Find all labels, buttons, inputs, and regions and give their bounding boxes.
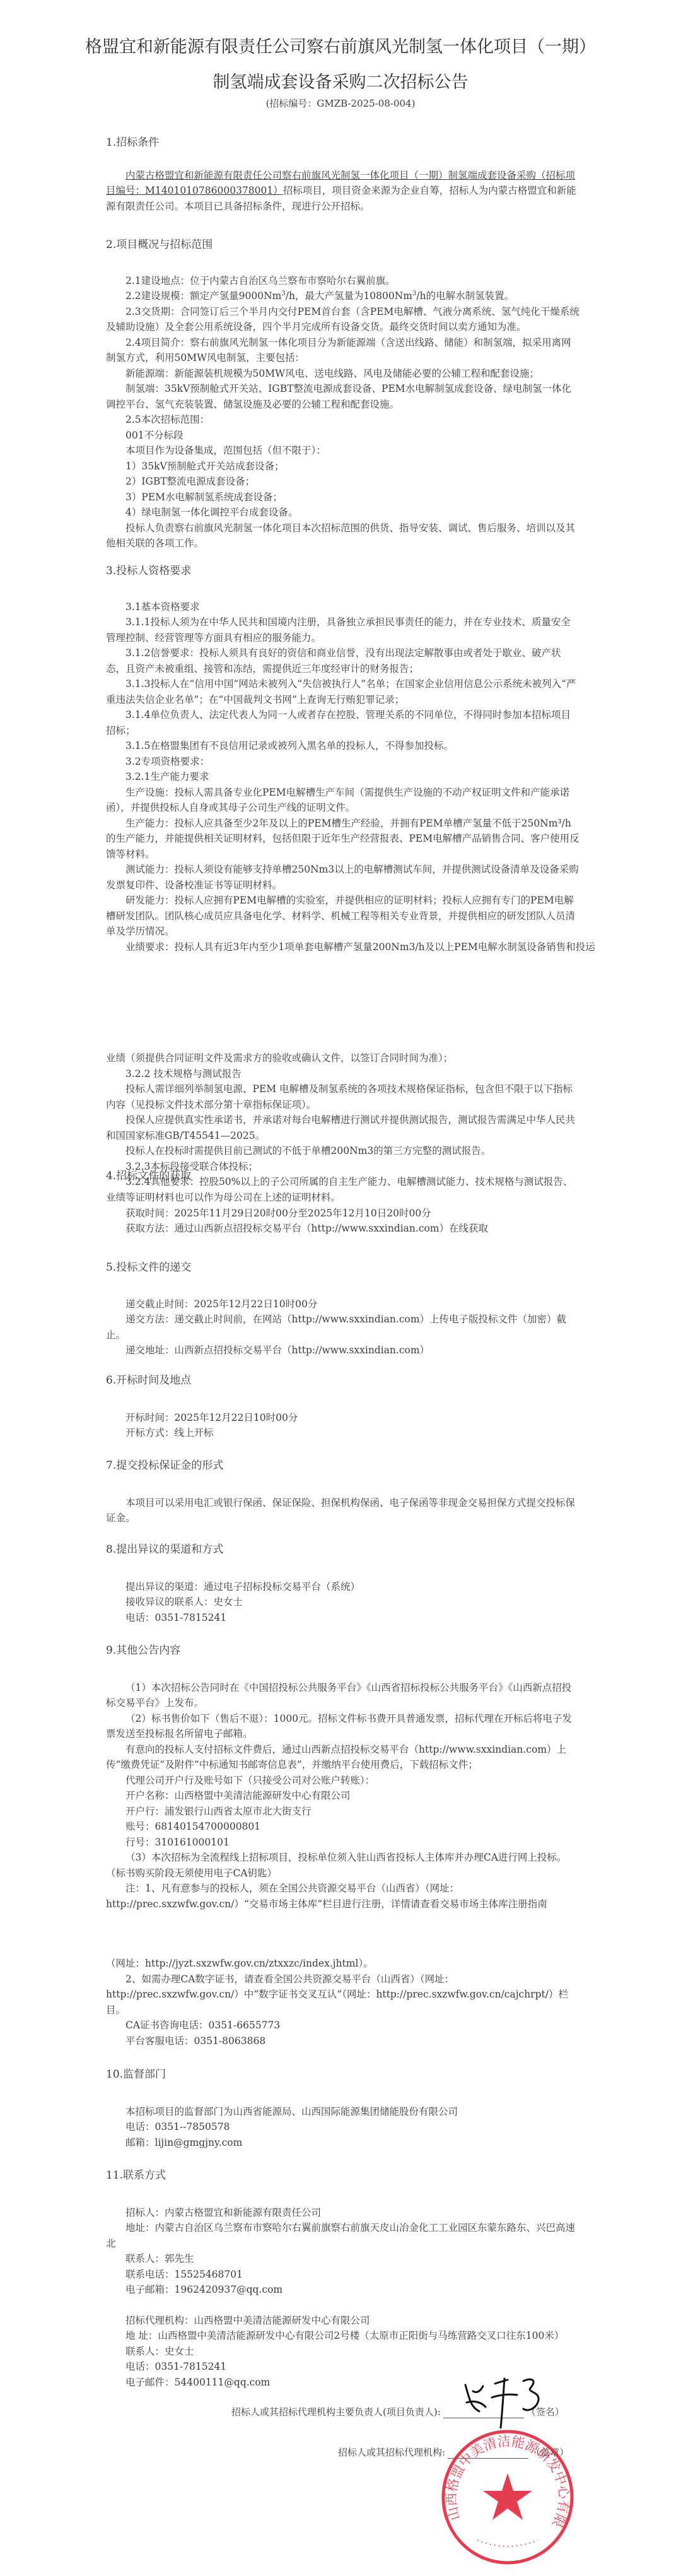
section-4: 4.招标文件的获取 获取时间：2025年11月29日20时00分至2025年12… <box>106 1168 580 1237</box>
section-1-heading: 1.招标条件 <box>106 135 580 151</box>
basic-requirements: 3.1基本资格要求 <box>106 599 580 615</box>
account-intro: 代理公司开户行及账号如下（只接受公司对公账户转账）： <box>106 1773 580 1789</box>
objection-phone: 电话：0351-7815241 <box>106 1610 580 1626</box>
opening-time: 开标时间：2025年12月22日10时00分 <box>106 1410 580 1426</box>
tenderer-email: 电子邮箱：1962420937@qq.com <box>106 2282 580 2298</box>
submission-method: 递交方法：递交截止时间前，在网站（http://www.sxxindian.co… <box>106 1312 580 1343</box>
submission-address: 递交地址：山西新点招投标交易平台（http://www.sxxindian.co… <box>106 1343 580 1358</box>
section-7: 7.提交投标保证金的形式 本项目可以采用电汇或银行保函、保证保险、担保机构保函、… <box>106 1458 580 1526</box>
section-4-heading: 4.招标文件的获取 <box>106 1168 580 1184</box>
handwritten-signature-icon <box>460 2372 549 2429</box>
submission-deadline: 递交截止时间：2025年12月22日10时00分 <box>106 1297 580 1312</box>
project-intro: 2.4项目简介：察右前旗风光制氢一体化项目分为新能源端（含送出线路、储能）和制氢… <box>106 335 580 366</box>
agency-name: 招标代理机构：山西格盟中美清洁能源研发中心有限公司 <box>106 2313 580 2329</box>
opening-method: 开标方式：线上开标 <box>106 1425 580 1441</box>
section-5-heading: 5.投标文件的递交 <box>106 1260 580 1276</box>
section-11: 11.联系方式 招标人：内蒙古格盟宜和新能源有限责任公司 地址：内蒙古自治区乌兰… <box>106 2168 580 2390</box>
section-8-heading: 8.提出异议的渠道和方式 <box>106 1542 580 1558</box>
requirement-3-1-5: 3.1.5在格盟集团有不良信用记录或被列入黑名单的投标人，不得参加投标。 <box>106 738 580 754</box>
production-capacity-heading: 3.2.1生产能力要求 <box>106 769 580 785</box>
tech-spec-c: 投标人在投标时需提供目前已测试的不低于单槽200Nm3的第三方完整的测试报告。 <box>106 1143 580 1159</box>
svg-text:山西格盟中美清洁能源研发中心有限公司: 山西格盟中美清洁能源研发中心有限公司 <box>438 2428 572 2529</box>
tenderer-phone: 联系电话：15525468701 <box>106 2267 580 2283</box>
agency-address: 地 址：山西格盟中美清洁能源研发中心有限公司2号楼（太原市正阳街与马练营路交叉口… <box>106 2328 580 2344</box>
publication-platforms: （1）本次招标公告同时在《中国招投标公共服务平台》《山西省招标投标公共服务平台》… <box>106 1680 580 1711</box>
test-capacity: 测试能力：投标人须设有能够支持单槽250Nm3以上的电解槽测试车间，并提供测试设… <box>106 862 580 893</box>
scope-item: 1）35kV预制舱式开关站成套设备； <box>106 459 580 474</box>
section-3-heading: 3.投标人资格要求 <box>106 563 580 579</box>
tech-spec-b: 投保人应提供真实性承诺书，并承诺对每台电解槽进行测试并提供测试报告，测试报告需满… <box>106 1112 580 1143</box>
production-facility: 生产设施：投标人需具备专业化PEM电解槽生产车间（需提供生产设施的不动产权证明文… <box>106 785 580 816</box>
new-energy-side: 新能源端：新能源装机规模为50MW风电、送电线路、风电及储能必要的公辅工程和配套… <box>106 366 580 382</box>
performance-requirement: 业绩要求：投标人具有近3年内至少1项单套电解槽产氢量200Nm3/h及以上PEM… <box>106 939 580 955</box>
requirement-3-1-2: 3.1.2信誉要求：投标人须具有良好的资信和商业信誉，没有出现法定解散事由或者处… <box>106 645 580 676</box>
construction-scale: 2.2建设规模：额定产氢量9000Nm3/h，最大产氢量为10800Nm3/h的… <box>106 288 580 304</box>
supervision-phone: 电话：0351--7850578 <box>106 2119 580 2135</box>
objection-channel: 提出异议的渠道：通过电子招标投标交易平台（系统） <box>106 1579 580 1595</box>
service-phone: 平台客服电话：0351-8063868 <box>106 2033 580 2049</box>
ca-phone: CA证书咨询电话：0351-6655773 <box>106 2018 580 2033</box>
lot-info: 001不分标段 <box>106 428 580 444</box>
requirement-3-1-1: 3.1.1投标人须为在中华人民共和国境内注册，具备独立承担民事责任的能力，并在专… <box>106 615 580 645</box>
bidder-responsibility: 投标人负责察右前旗风光制氢一体化项目本次招标范围的供货、指导安装、调试、售后服务… <box>106 520 580 551</box>
hydrogen-side: 制氢端：35kV预制舱式开关站、IGBT整流电源成套设备、PEM水电解制氢成套设… <box>106 381 580 412</box>
online-bidding-note: （3）本次招标为全流程线上招标项目，投标单位须入驻山西省投标人主体库并办理CA进… <box>106 1850 580 1881</box>
construction-site: 2.1建设地点：位于内蒙古自治区乌兰察布市察哈尔右翼前旗。 <box>106 273 580 289</box>
section-9-continued: （网址：http://jyzt.sxzwfw.gov.cn/ztxxzc/ind… <box>106 1956 580 2049</box>
download-instructions: 有意向的投标人支付招标文件费后，通过山西新点招投标交易平台（http://www… <box>106 1742 580 1773</box>
tech-spec-heading: 3.2.2 技术规格与测试报告 <box>106 1066 580 1082</box>
section-9: 9.其他公告内容 （1）本次招标公告同时在《中国招投标公共服务平台》《山西省招标… <box>106 1643 580 1912</box>
notice-title-line1: 格盟宜和新能源有限责任公司察右前旗风光制氢一体化项目（一期） <box>0 33 681 57</box>
supervision-dept: 本招标项目的监督部门为山西省能源局、山西国际能源集团储能股份有限公司 <box>106 2104 580 2120</box>
performance-requirement-cont: 业绩（须提供合同证明文件及需求方的验收或确认文件，以签订合同时间为准）； <box>106 1050 580 1066</box>
bank-number: 行号：310161000101 <box>106 1835 580 1850</box>
requirement-3-1-3: 3.1.3投标人在“信用中国”网站未被列入“失信被执行人”名单；在国家企业信用信… <box>106 676 580 707</box>
notice-title-line2: 制氢端成套设备采购二次招标公告 <box>0 68 681 93</box>
tenderer-address: 地址：内蒙古自治区乌兰察布市察哈尔右翼前旗察右前旗天皮山冶金化工工业园区东蒙东路… <box>106 2220 580 2251</box>
scope-item: 4）绿电制氢一体化调控平台成套设备。 <box>106 505 580 520</box>
section-1-paragraph: 内蒙古格盟宜和新能源有限责任公司察右前旗风光制氢一体化项目（一期）制氢端成套设备… <box>106 168 580 215</box>
section-2-heading: 2.项目概况与招标范围 <box>106 237 580 253</box>
requirement-3-1-4: 3.1.4单位负责人、法定代表人为同一人或者存在控股、管理关系的不同单位，不得同… <box>106 707 580 738</box>
section-6: 6.开标时间及地点 开标时间：2025年12月22日10时00分 开标方式：线上… <box>106 1373 580 1441</box>
rd-capacity: 研发能力：投标人应拥有PEM电解槽的实验室，并提供相应的证明材料；投标人应拥有专… <box>106 893 580 939</box>
bank-name: 开户行：浦发银行山西省太原市北大街支行 <box>106 1804 580 1820</box>
section-5: 5.投标文件的递交 递交截止时间：2025年12月22日10时00分 递交方法：… <box>106 1260 580 1358</box>
account-name: 开户名称：山西格盟中美清洁能源研发中心有限公司 <box>106 1788 580 1804</box>
section-10: 10.监督部门 本招标项目的监督部门为山西省能源局、山西国际能源集团储能股份有限… <box>106 2067 580 2150</box>
section-9-heading: 9.其他公告内容 <box>106 1643 580 1659</box>
acquisition-method: 获取方法：通过山西新点招投标交易平台（http://www.sxxindian.… <box>106 1221 580 1237</box>
tender-scope-label: 2.5本次招标范围： <box>106 412 580 428</box>
section-11-heading: 11.联系方式 <box>106 2168 580 2184</box>
scope-item: 3）PEM水电解制氢系统成套设备； <box>106 490 580 505</box>
section-2: 2.项目概况与招标范围 2.1建设地点：位于内蒙古自治区乌兰察布市察哈尔右翼前旗… <box>106 237 580 551</box>
document-price: （2）标书售价如下（售后不退）：1000元。招标文件标书费开具普通发票，招标代理… <box>106 1711 580 1742</box>
account-number: 账号：68140154700000801 <box>106 1819 580 1835</box>
section-8: 8.提出异议的渠道和方式 提出异议的渠道：通过电子招标投标交易平台（系统） 接收… <box>106 1542 580 1625</box>
registration-note: 注：1、凡有意参与的投标人，须在全国公共资源交易平台（山西省）（网址：http:… <box>106 1881 580 1912</box>
agency-contact: 联系人：史女士 <box>106 2344 580 2360</box>
supervision-email: 邮箱：lijin@gmgjny.com <box>106 2135 580 2151</box>
delivery-period: 2.3交货期：合同签订后三个半月内交付PEM首台套（含PEM电解槽、气液分离系统… <box>106 304 580 335</box>
scope-item: 2）IGBT整流电源成套设备； <box>106 474 580 490</box>
section-7-heading: 7.提交投标保证金的形式 <box>106 1458 580 1474</box>
tenderer-contact: 联系人：郭先生 <box>106 2251 580 2267</box>
section-3: 3.投标人资格要求 3.1基本资格要求 3.1.1投标人须为在中华人民共和国境内… <box>106 563 580 955</box>
section-1: 1.招标条件 内蒙古格盟宜和新能源有限责任公司察右前旗风光制氢一体化项目（一期）… <box>106 135 580 214</box>
acquisition-time: 获取时间：2025年11月29日20时00分至2025年12月10日20时00分 <box>106 1206 580 1221</box>
registration-guide-url: （网址：http://jyzt.sxzwfw.gov.cn/ztxxzc/ind… <box>106 1956 580 1972</box>
tech-spec-a: 投标人需详细列举制氢电源、PEM 电解槽及制氢系统的各项技术规格保证指标，包含但… <box>106 1081 580 1112</box>
production-capacity: 生产能力：投标人应具备至少2年及以上的PEM槽生产经验，并拥有PEM单槽产氢量不… <box>106 816 580 862</box>
scope-intro: 本项目作为设备集成，范围包括（但不限于）： <box>106 443 580 459</box>
ca-certificate-note: 2、如需办理CA数字证书，请查看全国公共资源交易平台（山西省）（网址：http:… <box>106 1972 580 2018</box>
company-seal-icon: 山西格盟中美清洁能源研发中心有限公司 <box>438 2428 577 2565</box>
section-10-heading: 10.监督部门 <box>106 2067 580 2083</box>
special-requirements: 3.2专项资格要求： <box>106 754 580 770</box>
objection-contact: 接收异议的联系人：史女士 <box>106 1594 580 1610</box>
bid-bond-form: 本项目可以采用电汇或银行保函、保证保险、担保机构保函、电子保函等非现金交易担保方… <box>106 1495 580 1526</box>
section-6-heading: 6.开标时间及地点 <box>106 1373 580 1389</box>
tenderer-name: 招标人：内蒙古格盟宜和新能源有限责任公司 <box>106 2205 580 2221</box>
tender-notice-page: 格盟宜和新能源有限责任公司察右前旗风光制氢一体化项目（一期） 制氢端成套设备采购… <box>0 0 681 2576</box>
bid-number: (招标编号：GMZB-2025-08-004) <box>0 97 681 110</box>
